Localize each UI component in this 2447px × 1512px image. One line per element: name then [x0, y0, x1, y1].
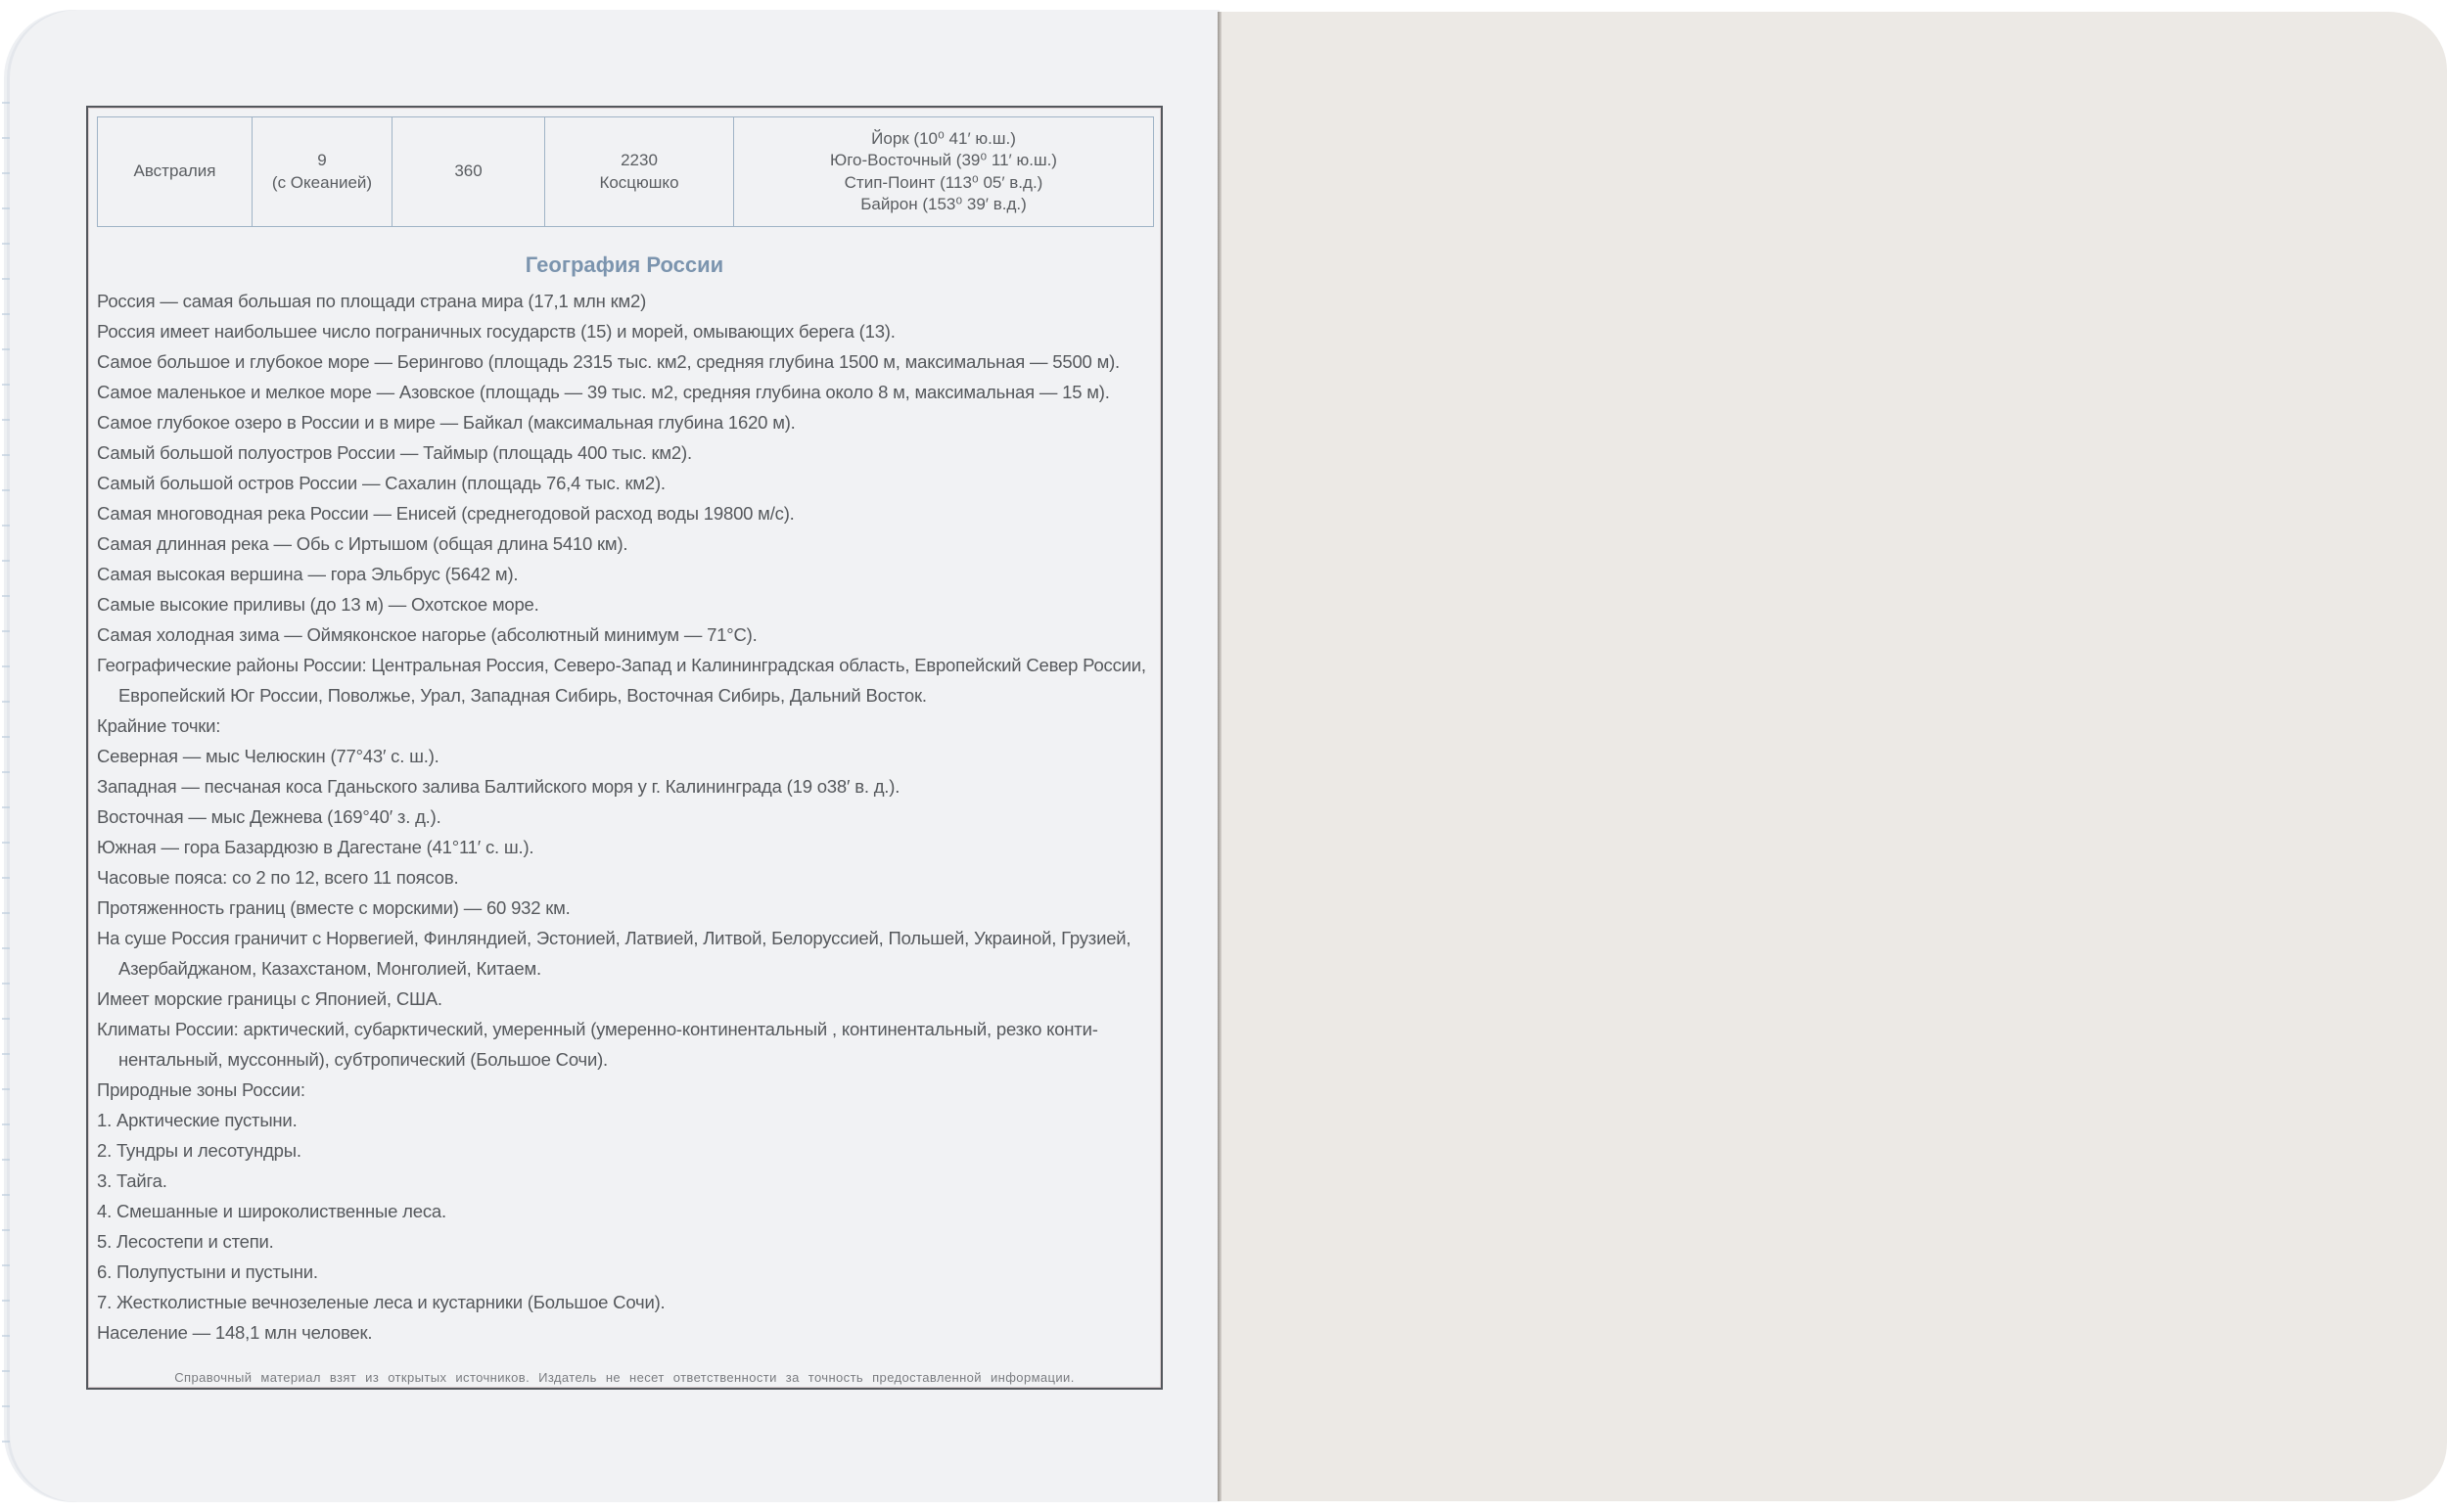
- facts-list: Россия — самая большая по площади страна…: [97, 286, 1154, 1348]
- fact-line: Самая длинная река — Обь с Иртышом (обща…: [97, 528, 1154, 559]
- cell-extreme-points: Йорк (10⁰ 41′ ю.ш.) Юго-Восточный (39⁰ 1…: [734, 117, 1154, 227]
- fact-line: Россия — самая большая по площади страна…: [97, 286, 1154, 316]
- fact-line: Северная — мыс Челюскин (77°43′ с. ш.).: [97, 741, 1154, 771]
- cell-area: 360: [392, 117, 545, 227]
- fact-line: 5. Лесостепи и степи.: [97, 1226, 1154, 1257]
- fact-line: Самый большой полуостров России — Таймыр…: [97, 437, 1154, 468]
- fact-line: На суше Россия граничит с Норвегией, Фин…: [97, 923, 1154, 984]
- fact-line: Самый большой остров России — Сахалин (п…: [97, 468, 1154, 498]
- fact-line: Природные зоны России:: [97, 1075, 1154, 1105]
- reference-frame: Австралия 9 (с Океанией) 360 2230 Косцюш…: [86, 106, 1163, 1390]
- fact-line: Самое большое и глубокое море — Берингов…: [97, 346, 1154, 377]
- page-stack-edge: [2, 69, 10, 1443]
- fact-line: 6. Полупустыни и пустыни.: [97, 1257, 1154, 1287]
- table-row: Австралия 9 (с Океанией) 360 2230 Косцюш…: [98, 117, 1154, 227]
- cell-continent: Австралия: [98, 117, 253, 227]
- fact-line: Самая высокая вершина — гора Эльбрус (56…: [97, 559, 1154, 589]
- fact-line: Южная — гора Базардюзю в Дагестане (41°1…: [97, 832, 1154, 862]
- fact-line: Географические районы России: Центральна…: [97, 650, 1154, 710]
- fact-line: Часовые пояса: со 2 по 12, всего 11 пояс…: [97, 862, 1154, 893]
- footnote: Справочный материал взят из открытых ист…: [88, 1370, 1161, 1385]
- right-page-blank: [1222, 12, 2447, 1501]
- fact-line: Самое маленькое и мелкое море — Азовское…: [97, 377, 1154, 407]
- fact-line: Самые высокие приливы (до 13 м) — Охотск…: [97, 589, 1154, 619]
- fact-line: Протяженность границ (вместе с морскими)…: [97, 893, 1154, 923]
- fact-line: Россия имеет наибольшее число пограничны…: [97, 316, 1154, 346]
- fact-line: Имеет морские границы с Японией, США.: [97, 984, 1154, 1014]
- section-heading: География России: [88, 252, 1161, 278]
- fact-line: 3. Тайга.: [97, 1166, 1154, 1196]
- continent-table: Австралия 9 (с Океанией) 360 2230 Косцюш…: [97, 116, 1154, 227]
- fact-line: Население — 148,1 млн человек.: [97, 1317, 1154, 1348]
- fact-line: Западная — песчаная коса Гданьского зали…: [97, 771, 1154, 802]
- cell-highest-point: 2230 Косцюшко: [545, 117, 734, 227]
- fact-line: Крайние точки:: [97, 710, 1154, 741]
- fact-line: Самая многоводная река России — Енисей (…: [97, 498, 1154, 528]
- fact-line: 2. Тундры и лесотундры.: [97, 1135, 1154, 1166]
- fact-line: Восточная — мыс Дежнева (169°40′ з. д.).: [97, 802, 1154, 832]
- fact-line: 1. Арктические пустыни.: [97, 1105, 1154, 1135]
- fact-line: Климаты России: арктический, субарктичес…: [97, 1014, 1154, 1075]
- fact-line: 7. Жестколистные вечнозеленые леса и кус…: [97, 1287, 1154, 1317]
- cell-countries: 9 (с Океанией): [253, 117, 392, 227]
- fact-line: Самое глубокое озеро в России и в мире —…: [97, 407, 1154, 437]
- left-page: Австралия 9 (с Океанией) 360 2230 Косцюш…: [10, 10, 1220, 1502]
- fact-line: 4. Смешанные и широколиственные леса.: [97, 1196, 1154, 1226]
- fact-line: Самая холодная зима — Оймяконское нагорь…: [97, 619, 1154, 650]
